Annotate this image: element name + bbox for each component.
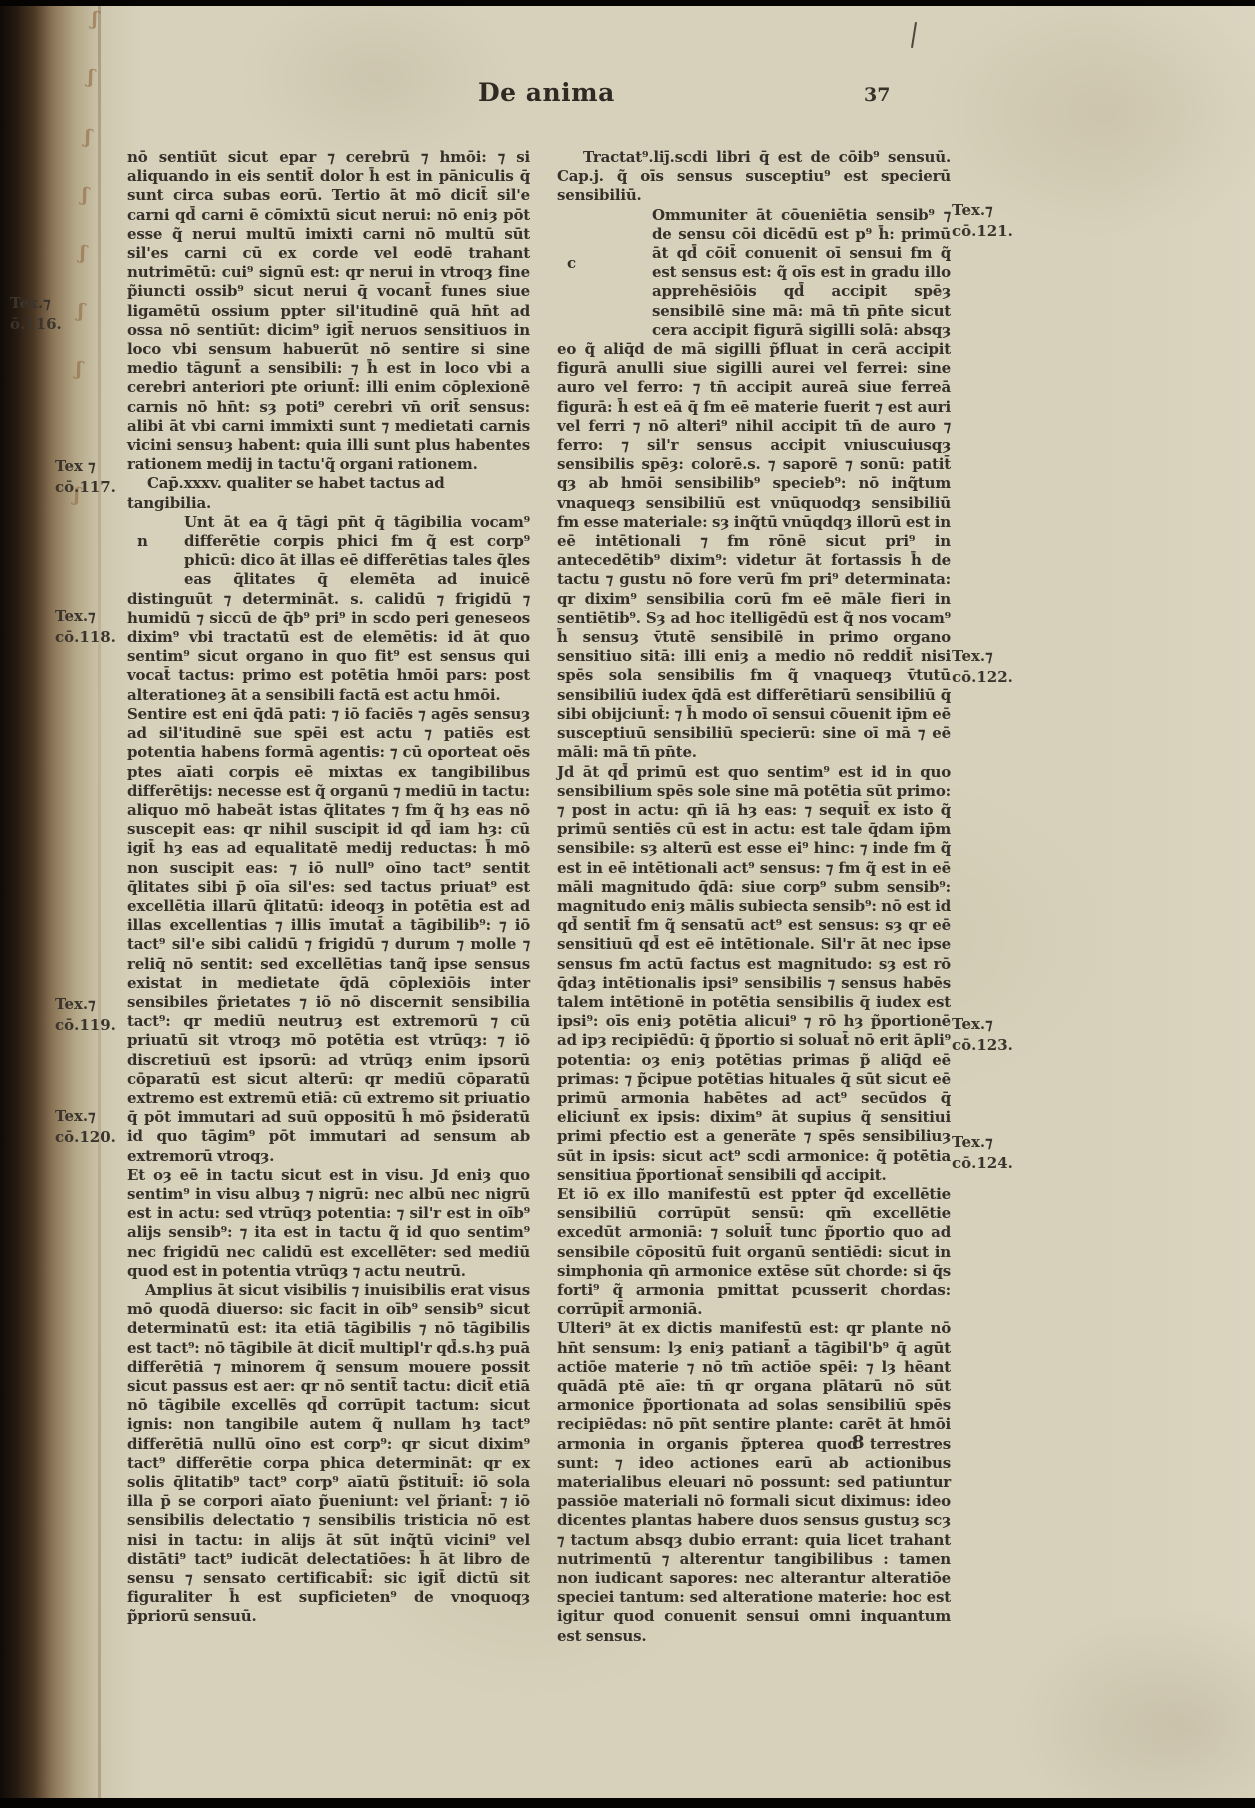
- ink-stray-mark: [911, 22, 917, 48]
- chapter-heading: Cap̄.xxxv. qualiter se habet tactus ad t…: [127, 474, 530, 512]
- margin-note-line: cō.123.: [952, 1035, 1013, 1056]
- margin-note-line: cō.118.: [55, 627, 116, 648]
- margin-note-line: ō.116.: [10, 314, 62, 335]
- margin-note-line: Tex.⁊: [952, 200, 1013, 221]
- margin-note: Tex.⁊ cō.122.: [952, 646, 1013, 688]
- margin-note-line: cō.117.: [55, 477, 116, 498]
- margin-note: Tex.⁊ ō.116.: [10, 293, 62, 335]
- tractatus-heading: Tractat⁹.lij̄.scdi libri q̄ est de cōib⁹…: [557, 148, 951, 206]
- margin-note-line: Tex.⁊: [55, 994, 116, 1015]
- body-paragraph: Ulteri⁹ āt ex dictis manifestū est: qr p…: [557, 1319, 951, 1645]
- page-edge-crease: [98, 6, 101, 1798]
- initial-space: c: [557, 206, 652, 322]
- deckle-squiggle: ʃ: [80, 184, 90, 207]
- body-paragraph: Sentire est eni q̄dā pati: ⁊ iō faciēs ⁊…: [127, 705, 530, 1166]
- text-column-right: Tractat⁹.lij̄.scdi libri q̄ est de cōib⁹…: [557, 148, 951, 1646]
- body-paragraph: Amplius āt sicut visibilis ⁊ inuisibilis…: [127, 1281, 530, 1627]
- deckle-squiggle: ʃ: [76, 300, 86, 323]
- body-paragraph: nō sentiūt sicut epar ⁊ cerebrū ⁊ hmōi: …: [127, 148, 530, 474]
- guide-letter: n: [137, 532, 148, 551]
- margin-note: Tex.⁊ cō.120.: [55, 1106, 116, 1148]
- deckle-squiggle: ʃ: [74, 358, 84, 381]
- margin-note-line: cō.120.: [55, 1127, 116, 1148]
- margin-note-line: Tex ⁊: [55, 456, 116, 477]
- deckle-squiggle: ʃ: [78, 242, 88, 265]
- body-paragraph: Et iō ex illo manifestū est ppter q̄d ex…: [557, 1185, 951, 1319]
- margin-note: Tex ⁊ cō.117.: [55, 456, 116, 498]
- paragraph-text: Unt āt ea q̄ tāgi pn̄t q̄ tāgibilia voca…: [127, 513, 530, 704]
- folio-number: 37: [864, 84, 890, 106]
- running-title: De anima: [478, 78, 615, 107]
- margin-note-line: cō.124.: [952, 1153, 1013, 1174]
- margin-note-line: Tex.⁊: [952, 646, 1013, 667]
- text-column-left: nō sentiūt sicut epar ⁊ cerebrū ⁊ hmōi: …: [127, 148, 530, 1627]
- deckle-squiggle: ʃ: [83, 126, 93, 149]
- margin-note-line: Tex.⁊: [952, 1132, 1013, 1153]
- scanned-book-page: ʃ ʃ ʃ ʃ ʃ ʃ ʃ ʃ De anima 37 Tex.⁊ ō.116.…: [0, 0, 1255, 1808]
- guide-letter: c: [567, 254, 576, 273]
- body-paragraph: Jd āt qd̄ primū est quo sentim⁹ est id i…: [557, 763, 951, 1185]
- body-paragraph: Et oȝ eē in tactu sicut est in visu. Jd …: [127, 1166, 530, 1281]
- deckle-squiggle: ʃ: [86, 66, 96, 89]
- margin-note-line: Tex.⁊: [952, 1014, 1013, 1035]
- initial-space: n: [127, 513, 184, 571]
- margin-note: Tex.⁊ cō.123.: [952, 1014, 1013, 1056]
- margin-note-line: cō.119.: [55, 1015, 116, 1036]
- paper-page: ʃ ʃ ʃ ʃ ʃ ʃ ʃ ʃ De anima 37 Tex.⁊ ō.116.…: [0, 6, 1255, 1798]
- margin-note-line: cō.121.: [952, 221, 1013, 242]
- quire-signature-mark: 8: [852, 1432, 865, 1453]
- margin-note: Tex.⁊ cō.124.: [952, 1132, 1013, 1174]
- margin-note: Tex.⁊ cō.121.: [952, 200, 1013, 242]
- margin-note-line: Tex.⁊: [55, 606, 116, 627]
- margin-note: Tex.⁊ cō.119.: [55, 994, 116, 1036]
- margin-note-line: cō.122.: [952, 667, 1013, 688]
- margin-note-line: Tex.⁊: [55, 1106, 116, 1127]
- margin-note: Tex.⁊ cō.118.: [55, 606, 116, 648]
- body-paragraph: cOmmuniter āt cōueniētia sensib⁹ ⁊ de se…: [557, 206, 951, 763]
- margin-note-line: Tex.⁊: [10, 293, 62, 314]
- body-paragraph: nUnt āt ea q̄ tāgi pn̄t q̄ tāgibilia voc…: [127, 513, 530, 705]
